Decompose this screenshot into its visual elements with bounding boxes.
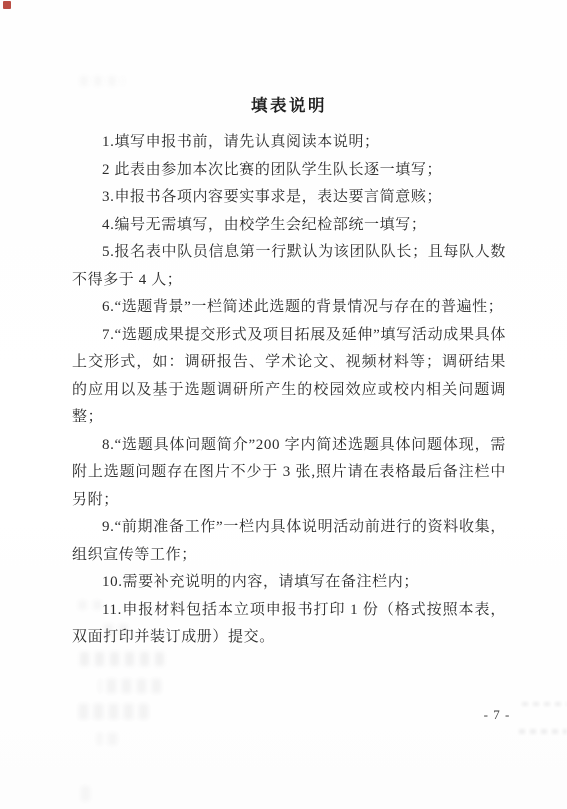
page-number: - 7 -: [462, 707, 532, 723]
instruction-item-3: 3.申报书各项内容要实事求是，表达要言简意赅；: [72, 184, 506, 212]
instruction-item-6: 6.“选题背景”一栏简述此选题的背景情况与存在的普遍性；: [72, 294, 506, 322]
bleed-through-line: [519, 729, 567, 734]
instruction-item-7: 7.“选题成果提交形式及项目拓展及延伸”填写活动成果具体上交形式，如：调研报告、…: [72, 322, 506, 432]
document-body: 填表说明 1.填写申报书前，请先认真阅读本说明； 2 此表由参加本次比赛的团队学…: [72, 96, 506, 652]
red-scan-mark: [3, 1, 11, 9]
instruction-item-8: 8.“选题具体问题简介”200 字内简述选题具体问题体现，需附上选题问题存在图片…: [72, 432, 506, 515]
bleed-through-artifact: [100, 624, 128, 636]
instruction-item-11: 11.申报材料包括本立项申报书打印 1 份（格式按照本表，双面打印并装订成册）提…: [72, 597, 506, 652]
instruction-item-2: 2 此表由参加本次比赛的团队学生队长逐一填写；: [72, 157, 506, 185]
scan-smudge: [80, 76, 124, 86]
scanned-document-page: 填表说明 1.填写申报书前，请先认真阅读本说明； 2 此表由参加本次比赛的团队学…: [0, 0, 567, 809]
instruction-item-1: 1.填写申报书前，请先认真阅读本说明；: [72, 129, 506, 157]
bleed-through-artifact: [97, 733, 117, 745]
page-title: 填表说明: [72, 96, 506, 116]
bleed-through-line: [522, 702, 567, 706]
bleed-through-artifact: [74, 652, 164, 666]
instruction-item-4: 4.编号无需填写，由校学生会纪检部统一填写；: [72, 212, 506, 240]
instruction-item-9: 9.“前期准备工作”一栏内具体说明活动前进行的资料收集，组织宣传等工作；: [72, 514, 506, 569]
bleed-through-artifact: [76, 600, 102, 610]
instruction-item-10: 10.需要补充说明的内容，请填写在备注栏内；: [72, 569, 506, 597]
bleed-through-artifact: [76, 704, 148, 719]
bleed-through-artifact: [75, 786, 90, 801]
bleed-through-artifact: [99, 679, 161, 693]
instruction-item-5: 5.报名表中队员信息第一行默认为该团队队长；且每队人数不得多于 4 人；: [72, 239, 506, 294]
